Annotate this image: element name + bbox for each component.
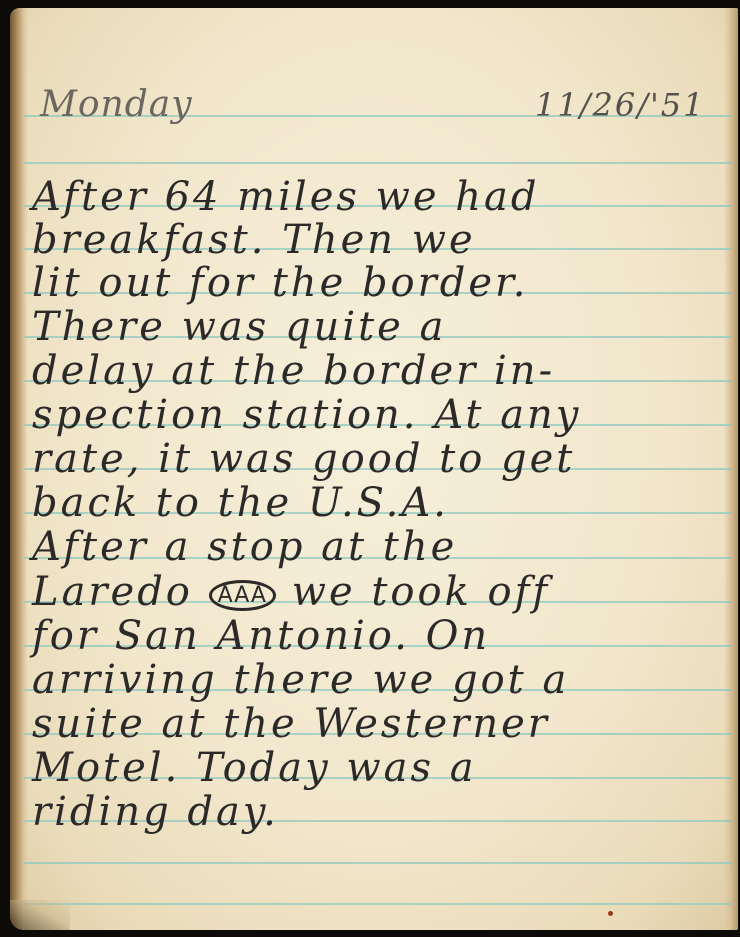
text-line: suite at the Westerner xyxy=(32,701,550,747)
text-line: lit out for the border. xyxy=(32,260,528,306)
text-line: for San Antonio. On xyxy=(32,613,490,659)
ruled-line xyxy=(24,903,732,905)
text-line: arriving there we got a xyxy=(32,657,569,703)
text-laredo: Laredo xyxy=(32,569,193,615)
text-line: After a stop at the xyxy=(32,524,457,570)
text-line: After 64 miles we had xyxy=(32,174,539,220)
text-line: breakfast. Then we xyxy=(32,217,476,263)
text-line: rate, it was good to get xyxy=(32,436,575,482)
ink-spot xyxy=(608,911,613,916)
ruled-line xyxy=(24,862,732,864)
ruled-line xyxy=(24,162,732,164)
entry-day: Monday xyxy=(40,84,193,125)
aaa-logo: AAA xyxy=(209,580,276,611)
text-line: delay at the border in- xyxy=(32,348,555,394)
text-line: Motel. Today was a xyxy=(32,745,477,791)
text-took-off: we took off xyxy=(292,569,551,615)
entry-date: 11/26/'51 xyxy=(535,86,706,124)
text-line-laredo: Laredo AAA we took off xyxy=(32,569,550,615)
text-line: riding day. xyxy=(32,789,279,835)
diary-page: Monday 11/26/'51 After 64 miles we had b… xyxy=(10,8,738,930)
text-line: spection station. At any xyxy=(32,392,581,438)
worn-corner xyxy=(10,900,70,930)
text-line: back to the U.S.A. xyxy=(32,480,449,526)
text-line: There was quite a xyxy=(32,304,446,350)
